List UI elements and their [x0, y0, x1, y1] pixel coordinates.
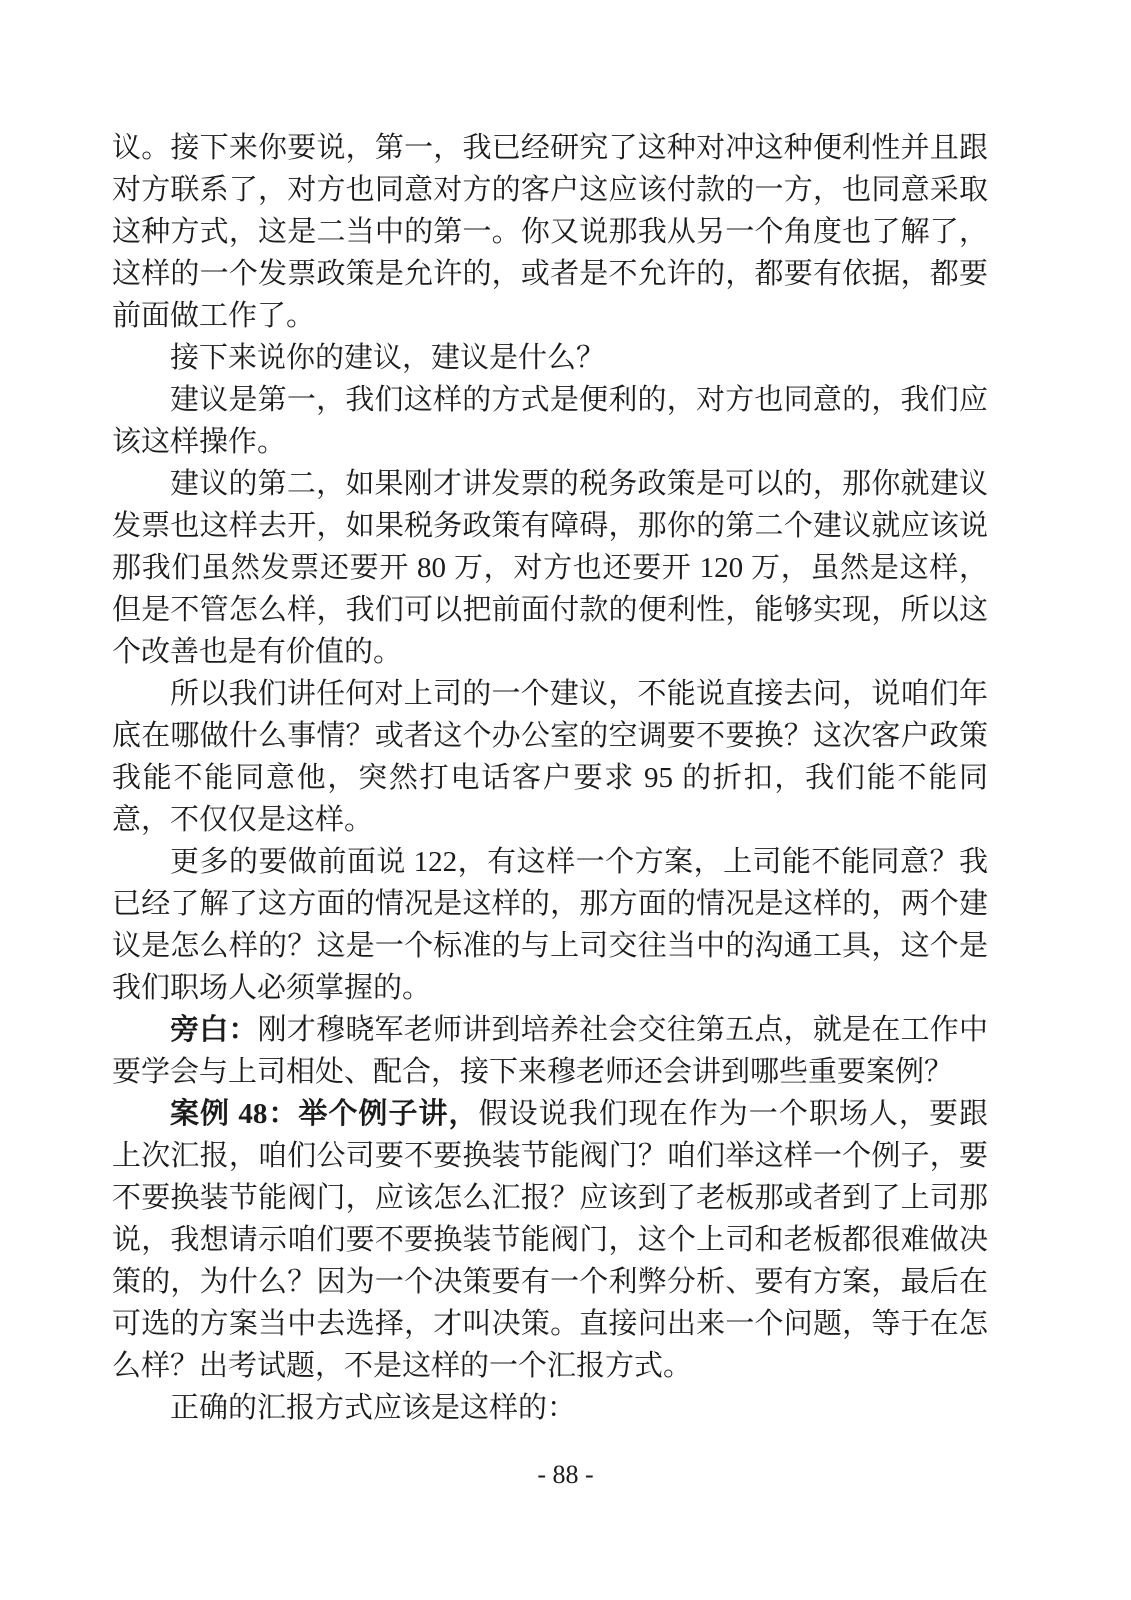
paragraph: 接下来说你的建议，建议是什么？	[112, 337, 988, 379]
paragraph: 案例 48：举个例子讲，假设说我们现在作为一个职场人，要跟上次汇报，咱们公司要不…	[112, 1093, 988, 1387]
paragraph: 旁白：刚才穆晓军老师讲到培养社会交往第五点，就是在工作中要学会与上司相处、配合，…	[112, 1009, 988, 1093]
paragraph: 所以我们讲任何对上司的一个建议，不能说直接去问，说咱们年底在哪做什么事情？或者这…	[112, 673, 988, 841]
paragraph-text: 建议的第二，如果刚才讲发票的税务政策是可以的，那你就建议发票也这样去开，如果税务…	[112, 468, 988, 668]
document-page: 议。接下来你要说，第一，我已经研究了这种对冲这种便利性并且跟对方联系了，对方也同…	[0, 0, 1131, 1600]
paragraph-text: 假设说我们现在作为一个职场人，要跟上次汇报，咱们公司要不要换装节能阀门？咱们举这…	[112, 1098, 988, 1382]
paragraph-lead-bold: 旁白：	[170, 1014, 258, 1046]
paragraph-lead-bold: 案例 48：举个例子讲，	[170, 1098, 479, 1130]
paragraph: 议。接下来你要说，第一，我已经研究了这种对冲这种便利性并且跟对方联系了，对方也同…	[112, 127, 988, 337]
paragraph-text: 建议是第一，我们这样的方式是便利的，对方也同意的，我们应该这样操作。	[112, 384, 988, 458]
paragraph: 正确的汇报方式应该是这样的：	[112, 1387, 988, 1429]
paragraph: 建议是第一，我们这样的方式是便利的，对方也同意的，我们应该这样操作。	[112, 379, 988, 463]
page-number: - 88 -	[537, 1460, 593, 1489]
paragraph-text: 更多的要做前面说 122，有这样一个方案，上司能不能同意？我已经了解了这方面的情…	[112, 846, 988, 1004]
page-footer: - 88 -	[0, 1458, 1131, 1492]
paragraph: 建议的第二，如果刚才讲发票的税务政策是可以的，那你就建议发票也这样去开，如果税务…	[112, 463, 988, 673]
paragraph: 更多的要做前面说 122，有这样一个方案，上司能不能同意？我已经了解了这方面的情…	[112, 841, 988, 1009]
paragraph-text: 正确的汇报方式应该是这样的：	[170, 1392, 576, 1424]
paragraph-text: 议。接下来你要说，第一，我已经研究了这种对冲这种便利性并且跟对方联系了，对方也同…	[112, 132, 988, 332]
paragraph-text: 接下来说你的建议，建议是什么？	[170, 342, 605, 374]
paragraph-text: 所以我们讲任何对上司的一个建议，不能说直接去问，说咱们年底在哪做什么事情？或者这…	[112, 678, 988, 836]
text-block: 议。接下来你要说，第一，我已经研究了这种对冲这种便利性并且跟对方联系了，对方也同…	[112, 127, 988, 1429]
